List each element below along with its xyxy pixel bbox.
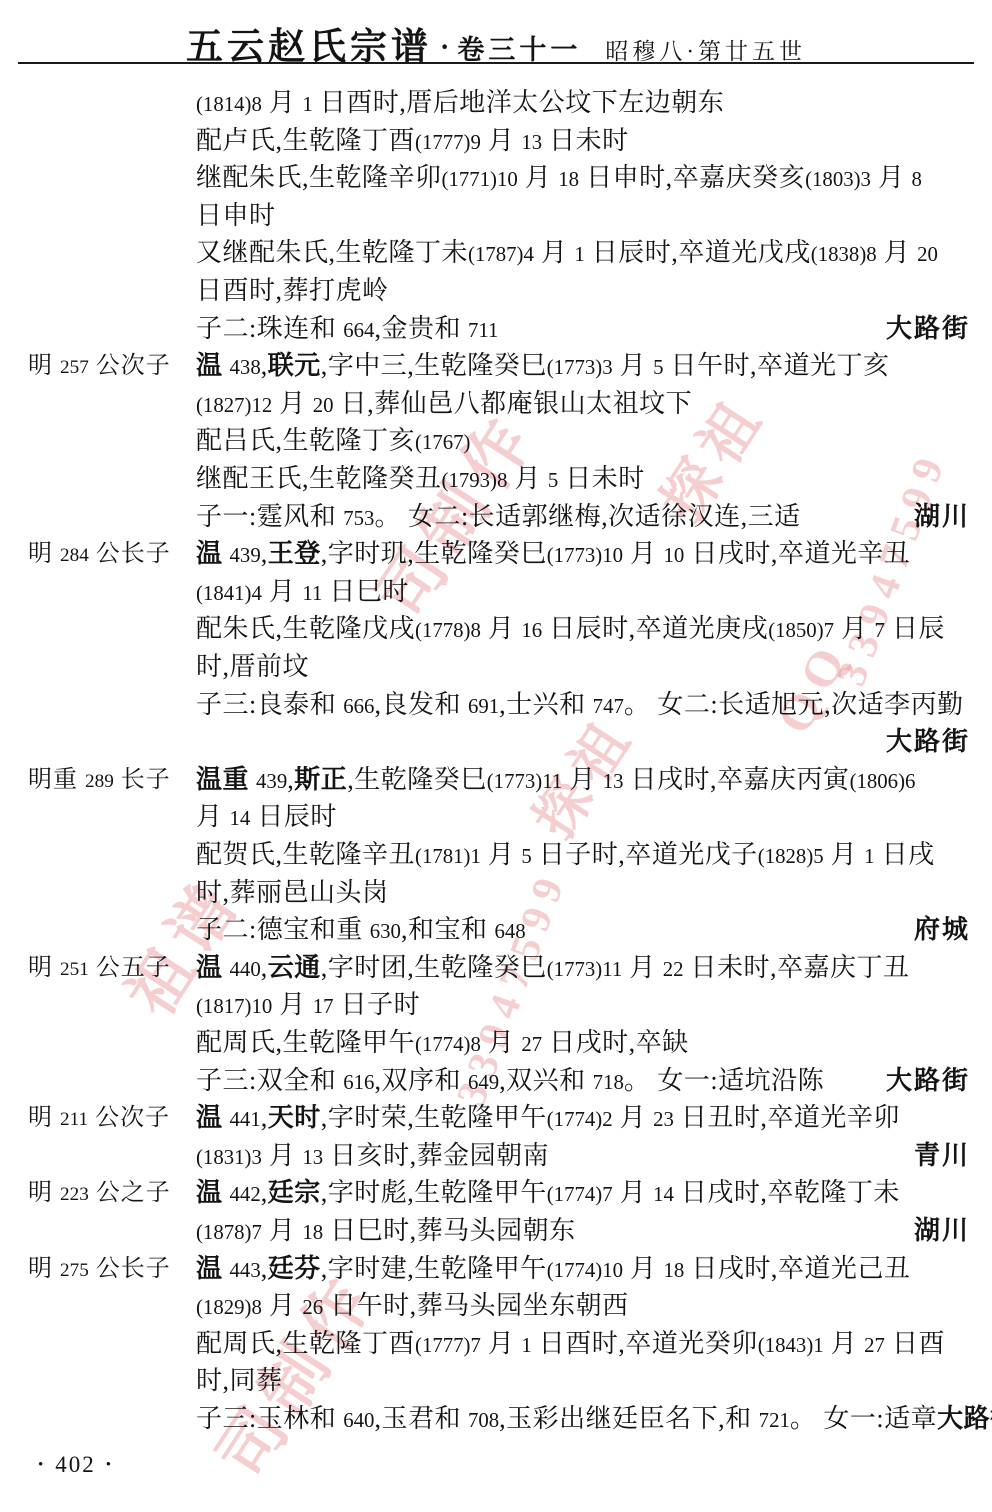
genealogy-line: 明重 289 长子温重 439,斯正,生乾隆癸巳(1773)11 月 13 日戌…: [0, 763, 992, 801]
generation-label: 明 257 公次子: [28, 349, 171, 385]
genealogy-body: (1814)8 月 1 日酉时,厝后地洋太公坟下左边朝东配卢氏,生乾隆丁酉(17…: [0, 0, 992, 1512]
footer-bullet-right: •: [106, 1457, 113, 1473]
page-footer: •402•: [38, 1452, 113, 1478]
genealogy-line: 月 14 日辰时: [0, 800, 992, 838]
genealogy-line: (1841)4 月 11 日巳时: [0, 575, 992, 613]
location-label: 湖川: [914, 1214, 970, 1248]
entry-text: 温 442,廷宗,字时彪,生乾隆甲午(1774)7 月 14 日戌时,卒乾隆丁未: [196, 1176, 900, 1212]
location-label: 大路街: [886, 312, 970, 346]
generation-label: 明 284 公长子: [28, 537, 171, 573]
entry-text: 子二:德宝和重 630,和宝和 648: [196, 913, 526, 949]
entry-text: 日酉时,葬打虎岭: [196, 274, 389, 308]
genealogy-line: (1829)8 月 26 日午时,葬马头园坐东朝西: [0, 1289, 992, 1327]
genealogy-line: 继配朱氏,生乾隆辛卯(1771)10 月 18 日申时,卒嘉庆癸亥(1803)3…: [0, 161, 992, 199]
genealogy-line: (1827)12 月 20 日,葬仙邑八都庵银山太祖坟下: [0, 387, 992, 425]
entry-text: (1817)10 月 17 日子时: [196, 988, 420, 1024]
genealogy-line: (1814)8 月 1 日酉时,厝后地洋太公坟下左边朝东: [0, 86, 992, 124]
entry-text: 子二:珠连和 664,金贵和 711: [196, 312, 498, 348]
genealogy-line: 子一:霆风和 753。 女二:长适郭继梅,次适徐汉连,三适湖川: [0, 500, 992, 538]
genealogy-line: 时,葬丽邑山头岗: [0, 876, 992, 914]
entry-text: 温 441,天时,字时荣,生乾隆甲午(1774)2 月 23 日丑时,卒道光辛卯: [196, 1101, 900, 1137]
location-label: 大路街: [886, 725, 970, 759]
genealogy-line: 明 257 公次子温 438,联元,字中三,生乾隆癸巳(1773)3 月 5 日…: [0, 349, 992, 387]
entry-text: (1827)12 月 20 日,葬仙邑八都庵银山太祖坟下: [196, 387, 692, 423]
location-label: 湖川: [914, 500, 970, 534]
entry-text: 配周氏,生乾隆甲午(1774)8 月 27 日戌时,卒缺: [196, 1026, 689, 1062]
genealogy-line: 明 284 公长子温 439,王登,字时玑,生乾隆癸巳(1773)10 月 10…: [0, 537, 992, 575]
entry-text: 继配王氏,生乾隆癸丑(1793)8 月 5 日未时: [196, 462, 645, 498]
location-label: 青川: [914, 1139, 970, 1173]
entry-text: 子三:双全和 616,双序和 649,双兴和 718。 女一:适坑沿陈: [196, 1064, 824, 1100]
generation-label: 明重 289 长子: [28, 763, 171, 799]
generation-label: 明 211 公次子: [28, 1101, 170, 1137]
genealogy-line: (1817)10 月 17 日子时: [0, 988, 992, 1026]
entry-text: 时,厝前坟: [196, 650, 309, 684]
entry-text: 继配朱氏,生乾隆辛卯(1771)10 月 18 日申时,卒嘉庆癸亥(1803)3…: [196, 161, 922, 197]
genealogy-line: 子三:良泰和 666,良发和 691,士兴和 747。 女二:长适旭元,次适李丙…: [0, 688, 992, 726]
genealogy-line: 配卢氏,生乾隆丁酉(1777)9 月 13 日未时: [0, 124, 992, 162]
location-label: 府城: [914, 913, 970, 947]
genealogy-line: 配贺氏,生乾隆辛丑(1781)1 月 5 日子时,卒道光戊子(1828)5 月 …: [0, 838, 992, 876]
genealogy-line: 配朱氏,生乾隆戊戌(1778)8 月 16 日辰时,卒道光庚戌(1850)7 月…: [0, 612, 992, 650]
genealogy-line: 大路街: [0, 725, 992, 763]
entry-text: 温 440,云通,字时团,生乾隆癸巳(1773)11 月 22 日未时,卒嘉庆丁…: [196, 951, 910, 987]
generation-label: 明 251 公五子: [28, 951, 171, 987]
genealogy-line: 配周氏,生乾隆甲午(1774)8 月 27 日戌时,卒缺: [0, 1026, 992, 1064]
entry-text: 配周氏,生乾隆丁酉(1777)7 月 1 日酉时,卒道光癸卯(1843)1 月 …: [196, 1327, 945, 1363]
entry-text: 配吕氏,生乾隆丁亥(1767): [196, 424, 470, 460]
location-label: 大路街: [886, 1064, 970, 1098]
entry-text: (1831)3 月 13 日亥时,葬金园朝南: [196, 1139, 549, 1175]
genealogy-line: 配吕氏,生乾隆丁亥(1767): [0, 424, 992, 462]
genealogy-line: 明 223 公之子温 442,廷宗,字时彪,生乾隆甲午(1774)7 月 14 …: [0, 1176, 992, 1214]
entry-text: 温 438,联元,字中三,生乾隆癸巳(1773)3 月 5 日午时,卒道光丁亥: [196, 349, 890, 385]
entry-text: 子三:玉林和 640,玉君和 708,玉彩出继廷臣名下,和 721。 女一:适章…: [196, 1402, 992, 1438]
entry-text: 时,葬丽邑山头岗: [196, 876, 389, 910]
genealogy-line: 时,同葬: [0, 1364, 992, 1402]
genealogy-line: 子二:珠连和 664,金贵和 711大路街: [0, 312, 992, 350]
generation-label: 明 275 公长子: [28, 1252, 171, 1288]
genealogy-line: 子二:德宝和重 630,和宝和 648府城: [0, 913, 992, 951]
generation-label: 明 223 公之子: [28, 1176, 171, 1212]
genealogy-line: 时,厝前坟: [0, 650, 992, 688]
genealogy-line: 日酉时,葬打虎岭: [0, 274, 992, 312]
genealogy-page: 司制作探祖QQ33947599祖谱探祖司制作33947599 五云赵氏宗谱·卷三…: [0, 0, 992, 1512]
page-number: 402: [55, 1452, 96, 1477]
entry-text: 月 14 日辰时: [196, 800, 337, 836]
genealogy-line: 明 275 公长子温 443,廷芬,字时建,生乾隆甲午(1774)10 月 18…: [0, 1252, 992, 1290]
genealogy-line: 子三:玉林和 640,玉君和 708,玉彩出继廷臣名下,和 721。 女一:适章…: [0, 1402, 992, 1440]
entry-text: 配卢氏,生乾隆丁酉(1777)9 月 13 日未时: [196, 124, 629, 160]
genealogy-line: (1831)3 月 13 日亥时,葬金园朝南青川: [0, 1139, 992, 1177]
entry-text: (1841)4 月 11 日巳时: [196, 575, 409, 611]
entry-text: 时,同葬: [196, 1364, 283, 1398]
entry-text: 温重 439,斯正,生乾隆癸巳(1773)11 月 13 日戌时,卒嘉庆丙寅(1…: [196, 763, 915, 799]
entry-text: 又继配朱氏,生乾隆丁未(1787)4 月 1 日辰时,卒道光戊戌(1838)8 …: [196, 236, 938, 272]
genealogy-line: 子三:双全和 616,双序和 649,双兴和 718。 女一:适坑沿陈大路街: [0, 1064, 992, 1102]
entry-text: (1878)7 月 18 日巳时,葬马头园朝东: [196, 1214, 576, 1250]
entry-text: 配朱氏,生乾隆戊戌(1778)8 月 16 日辰时,卒道光庚戌(1850)7 月…: [196, 612, 945, 648]
entry-text: 配贺氏,生乾隆辛丑(1781)1 月 5 日子时,卒道光戊子(1828)5 月 …: [196, 838, 935, 874]
footer-bullet-left: •: [38, 1457, 45, 1473]
entry-text: (1814)8 月 1 日酉时,厝后地洋太公坟下左边朝东: [196, 86, 724, 122]
genealogy-line: 又继配朱氏,生乾隆丁未(1787)4 月 1 日辰时,卒道光戊戌(1838)8 …: [0, 236, 992, 274]
genealogy-line: 明 211 公次子温 441,天时,字时荣,生乾隆甲午(1774)2 月 23 …: [0, 1101, 992, 1139]
entry-text: 温 443,廷芬,字时建,生乾隆甲午(1774)10 月 18 日戌时,卒道光己…: [196, 1252, 910, 1288]
entry-text: 温 439,王登,字时玑,生乾隆癸巳(1773)10 月 10 日戌时,卒道光辛…: [196, 537, 910, 573]
genealogy-line: 明 251 公五子温 440,云通,字时团,生乾隆癸巳(1773)11 月 22…: [0, 951, 992, 989]
entry-text: (1829)8 月 26 日午时,葬马头园坐东朝西: [196, 1289, 629, 1325]
genealogy-line: (1878)7 月 18 日巳时,葬马头园朝东湖川: [0, 1214, 992, 1252]
entry-text: 子一:霆风和 753。 女二:长适郭继梅,次适徐汉连,三适: [196, 500, 801, 536]
genealogy-line: 继配王氏,生乾隆癸丑(1793)8 月 5 日未时: [0, 462, 992, 500]
genealogy-line: 配周氏,生乾隆丁酉(1777)7 月 1 日酉时,卒道光癸卯(1843)1 月 …: [0, 1327, 992, 1365]
genealogy-line: 日申时: [0, 199, 992, 237]
entry-text: 日申时: [196, 199, 276, 233]
entry-text: 子三:良泰和 666,良发和 691,士兴和 747。 女二:长适旭元,次适李丙…: [196, 688, 964, 724]
